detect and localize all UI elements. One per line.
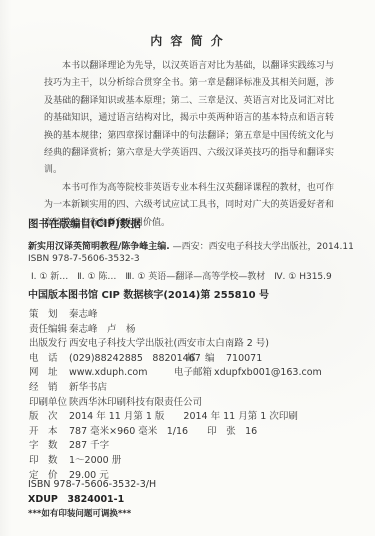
info-value: 西安电子科技大学出版社(西安市太白南路 2 号) <box>69 335 269 349</box>
info-value: 2014 年 11 月第 1 版 2014 年 11 月第 1 次印刷 <box>69 408 298 422</box>
info-value: www.xduph.com <box>69 367 174 378</box>
info-row-edition: 版 次 2014 年 11 月第 1 版 2014 年 11 月第 1 次印刷 <box>29 408 359 423</box>
book-code-line: XDUP 3824001-1 <box>28 492 156 507</box>
info-label: 印刷单位 <box>29 394 69 408</box>
info-extra-value: 710071 <box>226 353 262 364</box>
info-value: 陕西华沐印刷科技有限责任公司 <box>69 394 202 408</box>
book-copyright-page: 内 容 简 介 本书以翻译理论为先导，以汉英语言对比为基础，以翻译实践练习与技巧… <box>0 0 375 536</box>
info-value: (029)88242885 88201467 <box>69 350 186 364</box>
cip-data-block: 图书在版编目(CIP)数据 新实用汉译英简明教程/陈争峰主编. —西安：西安电子… <box>28 216 348 231</box>
cip-isbn-line: ISBN 978-7-5606-3532-3 <box>28 254 140 264</box>
intro-paragraph-1: 本书以翻译理论为先导，以汉英语言对比为基础，以翻译实践练习与技巧为主干，以分析综… <box>44 58 334 180</box>
cip-registry-line: 中国版本图书馆 CIP 数据核字(2014)第 255810 号 <box>28 286 269 301</box>
cip-classification-line: Ⅰ. ① 新… Ⅱ. ① 陈… Ⅲ. ① 英语—翻译—高等学校—教材 Ⅳ. ① … <box>31 269 332 282</box>
info-label: 字 数 <box>29 437 69 451</box>
info-row-website: 网 址 www.xduph.com 电子邮箱 xdupfxb001@163.co… <box>29 364 359 379</box>
cip-publisher-info: —西安：西安电子科技大学出版社，2014.11 <box>170 242 354 252</box>
content-summary-body: 本书以翻译理论为先导，以汉英语言对比为基础，以翻译实践练习与技巧为主干，以分析综… <box>44 58 334 232</box>
info-value: 新华书店 <box>69 379 107 393</box>
cip-record-line: 新实用汉译英简明教程/陈争峰主编. —西安：西安电子科技大学出版社，2014.1… <box>28 239 348 252</box>
info-label: 策 划 <box>29 306 69 320</box>
info-label: 电 话 <box>29 350 69 364</box>
info-label: 出版发行 <box>29 335 69 349</box>
info-label: 责任编辑 <box>29 321 69 335</box>
cip-heading: 图书在版编目(CIP)数据 <box>28 216 348 231</box>
info-value: 秦志峰 <box>69 306 98 320</box>
info-value: 787 毫米×960 毫米 1/16 印 张 16 <box>69 423 257 437</box>
info-extra-label: 电子邮箱 <box>174 364 214 378</box>
info-extra-label: 邮 编 <box>186 350 226 364</box>
info-label: 网 址 <box>29 364 69 378</box>
cip-book-title: 新实用汉译英简明教程/陈争峰主编. <box>28 242 170 252</box>
info-label: 开 本 <box>29 423 69 437</box>
footer-block: ISBN 978-7-5606-3532-3/H XDUP 3824001-1 … <box>28 477 156 523</box>
info-row-printer: 印刷单位 陕西华沐印刷科技有限责任公司 <box>29 394 359 409</box>
info-label: 印 数 <box>29 452 69 466</box>
info-row-telephone: 电 话 (029)88242885 88201467 邮 编 710071 <box>29 350 359 365</box>
exchange-notice: ***如有印装问题可调换*** <box>28 507 156 522</box>
isbn-full-line: ISBN 978-7-5606-3532-3/H <box>28 477 156 492</box>
info-row-editor: 责任编辑 秦志峰 卢 杨 <box>29 321 359 336</box>
info-row-format: 开 本 787 毫米×960 毫米 1/16 印 张 16 <box>29 423 359 438</box>
info-value: 287 千字 <box>69 437 109 451</box>
info-label: 版 次 <box>29 408 69 422</box>
info-row-planner: 策 划 秦志峰 <box>29 306 359 321</box>
info-value: 秦志峰 卢 杨 <box>69 321 136 335</box>
publication-info-list: 策 划 秦志峰 责任编辑 秦志峰 卢 杨 出版发行 西安电子科技大学出版社(西安… <box>29 306 359 481</box>
info-value: 1～2000 册 <box>69 452 121 466</box>
content-summary-title: 内 容 简 介 <box>0 32 375 49</box>
info-label: 经 销 <box>29 379 69 393</box>
info-extra-value: xdupfxb001@163.com <box>214 367 322 378</box>
info-row-printrun: 印 数 1～2000 册 <box>29 452 359 467</box>
info-row-publisher: 出版发行 西安电子科技大学出版社(西安市太白南路 2 号) <box>29 335 359 350</box>
info-row-distributor: 经 销 新华书店 <box>29 379 359 394</box>
info-row-wordcount: 字 数 287 千字 <box>29 437 359 452</box>
